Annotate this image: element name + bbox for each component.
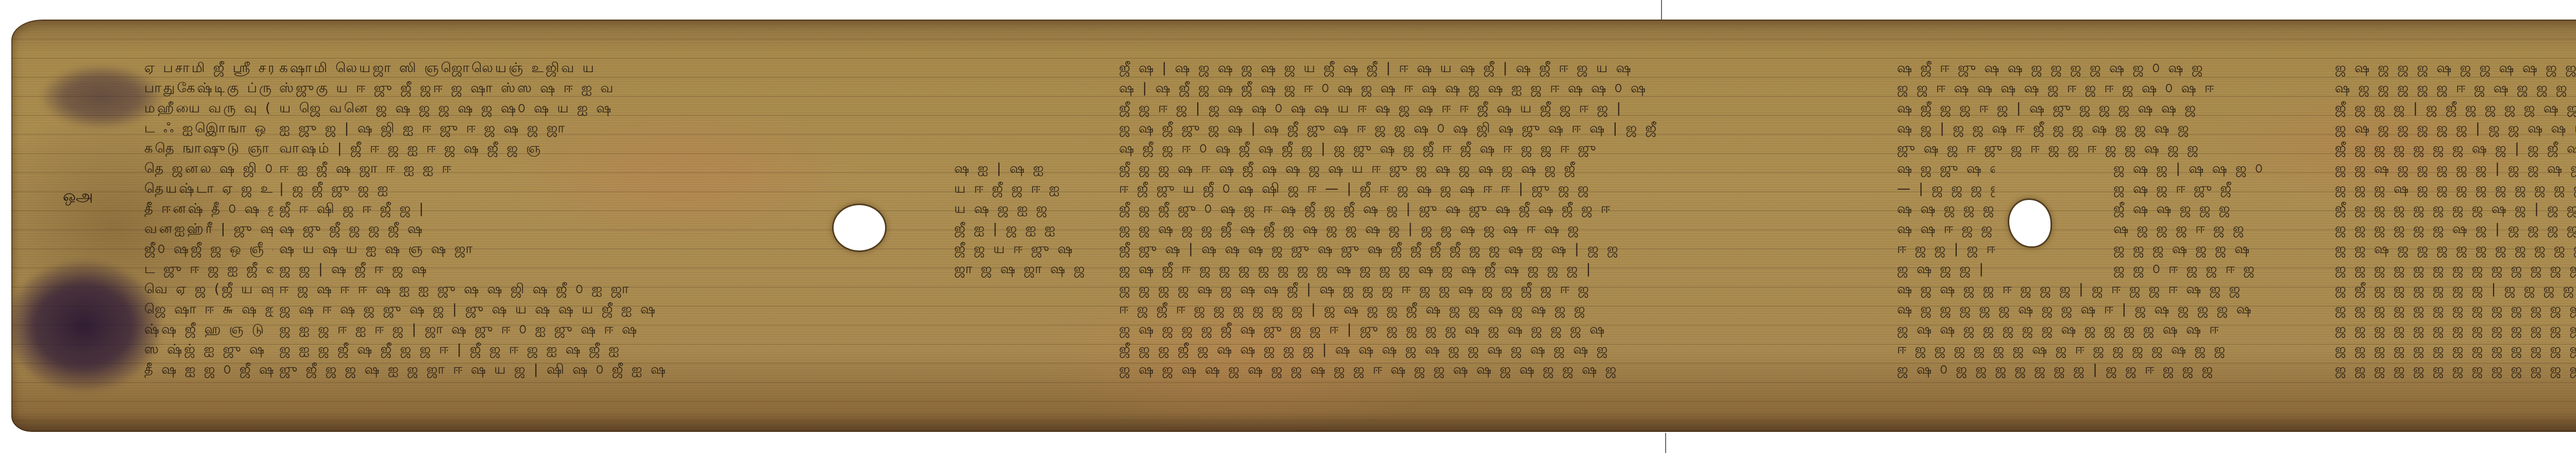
manuscript-line: ஜா ஜ ஷ ஜா ஷ ஜ [954,259,1114,279]
manuscript-line: ஜ ஜ ஜ ஜ ஜ ஜ ஜ ஜ ஜ ஜ ஜ ஜ ஜ ஜ ஜ ஜ ஜ ஜ ஜ ஜ … [2335,320,2576,340]
ink-smudge-upper [42,66,161,128]
manuscript-line: ஏ பசாமி ஜீ ஸ்ரீ சரவண ஞானகை தி ஸ | ஸ்ரீ [144,58,273,78]
manuscript-line: ஜ ஜ ஷ ஜ ஜ ஜ ஜ ஜ | ஜ ஜ ஷ ஜ ஜ ஜ ஜ ஜ ஜ ஜ ஜ … [2335,159,2576,179]
manuscript-line: ஜ ஷ ஜ ஜ ஜ ஜீ ஷ ஜு ஜ ஜ ஈ | ஜு ஜ ஜ ஜ ஜ ஷ ஜ… [1119,320,1892,340]
text-block-hole1-right-column: ஷ ஐ | ஷ ஐ ய ஈ ஜீ ஜ ஈ ஐ ய ஷ ஜ ஐ ஜ ஜீ ஐ | … [954,159,1114,279]
manuscript-line: ஷ ஜ ஜ ஜ ஈ ஜ ஜ [2113,219,2330,239]
manuscript-line: ஐ ஜு ஜ | ஷ ஜி ஐ ஈ ஜு ஈ ஜ ஷ ஜ ஜா [279,119,1114,139]
manuscript-line: ஜீ ஜ ஜ ஷ ஈ ஷ ஜீ ஷ ஷ ஜ ஷ ய ஈ ஜு ஜ ஷ ஜ ஷ ஜ… [1119,159,1892,179]
palm-leaf: ஒஅ ஏ பசாமி ஜீ ஸ்ரீ சரவண ஞானகை தி ஸ | ஸ்ர… [11,20,2576,432]
manuscript-line: வாஷம் | ஜீ ஈ ஜ ஐ ஈ ஜ ஷ ஜீ ஜ ஞ [279,139,1114,159]
manuscript-line: ட ஜு ஈ ஜ ஐ ஜீ வு ய ஷு வ [144,259,273,279]
manuscript-line: ஜ ஜ ஷ ஜ ஜ ஜீ ஷ ஜீ ஜ ஷ ஜ ஜ ஷ ஜ | ஜ ஜ ஷ ஜ … [1119,219,1892,239]
manuscript-line: ஜ ஷ ஷ ஜ ஜ ஜ ஜ ஜ ஷ ஜ ஜ ஜ ஜ ஷ ஷ ஈ [1897,320,2330,340]
manuscript-line: தெ ஜனல ஷ ஜி ௦ வ ஐ கூ தீ வ ஈ ஐ [144,159,273,179]
scanner-line-bottom [1665,433,1666,453]
text-block-hole2-top: ஷ ஜீ ஈ ஜு ஷ ஷ ஜ ஜ ஜ ஜ ஷ ஜ ௦ ஷ ஜ ஜ ஜ ஈ ஷ … [1897,58,2330,159]
manuscript-line: ஜு ஷ ஜ ஈ ஜு ஜ ஈ ஜ ஜ ஈ ஜ ஜ ஷ ஜ ஜ [1897,139,2330,159]
manuscript-line: ஜ ஜ | ஷ ஜீ ஈ ஜ ஷ [279,259,707,279]
manuscript-line: ஷ ஜ ஷ ஜ ஜ ஈ ஜ ஜ ஜ | ஜ ஈ ஜ ஜ ஈ ஷ ஜ ஜ [1897,279,2330,299]
manuscript-line: ஜீ ஜ ஜ ஜீ ஜ ஷ ஷ ஜ ஜ ஜ | ஷ ஷ ஷ ஜ ஷ ஜ ஜ ஷ … [1119,340,1892,360]
manuscript-line: கஷாமி லெயஜா ஸி ஞஜொலெயஞ் உஜிவ ய [279,58,1114,78]
manuscript-line: ஈ ஜ ஜ ஜ ஜ ஜ ஜ ஷ ஜ ஈ ஜ ஜ ஜ ஜ ஷ ஜ ஜ [1897,340,2330,360]
manuscript-line: ஜ ஷ ஜ ஜ ஜ ஜ ஜ | ஜ ஜ ஷ ஷ ஈ ஜீ ஜ ஷ ஜ ஜ ஜ ஜ… [2335,119,2576,139]
manuscript-line: ஜீ ஜு ஷ | ஷ ஷ ஷ ஜ ஜு ஷ ஜு ஷ ஜீ ஜீ ஜீ ஜீ … [1119,239,1892,259]
manuscript-line: ஈ ஜ ஜீ ஈ ஜ ஜ ஜ ஜ ஜ ஜ | ஜ ஷ ஜ ஜ ஜீ ஷ ஜ ஜ … [1119,299,1892,320]
manuscript-line: | ஜ ஜீ ஜு ஜ ஐ [279,179,707,199]
manuscript-line: தீ ஈனஷ் தீ ௦ ஷ ஐ த ௦ ஐ ஈ கூ ஸஈ [144,199,273,219]
manuscript-line: ஷ ஜு ஜீ ஜ ஜ ஜீ ஷ [279,219,707,239]
text-block-hole2-left-column: ஷ ஜ ஜு ஷ ஷ | ஜ ஜீ — | ஜ ஜ ஜ ஜ ஷ ஷ ஜ ஜ ஜ … [1897,159,1995,279]
text-block-hole1-top: கஷாமி லெயஜா ஸி ஞஜொலெயஞ் உஜிவ ய ஸ்ஜுகு ய … [279,58,1114,159]
manuscript-line: ஷ ஐ | ஷ ஐ [954,159,1114,179]
manuscript-line: ஜ ஐ ஜ ஜீ ஷ ஜீ ஜ ஜ ஈ | ஜீ ஜ ஈ ஜ ஐ ஷ ஜீ ஐ [279,340,1114,360]
manuscript-line: ய ஜெ வனெ ஜ ஷ ஜ ஜ ஷ ஜ ஷ௦ ஷ ய ஐ ஷ [279,98,1114,119]
manuscript-line: ஜ ஜ ஜ ஜ ஜ ஜ ஜ ஜ ஜ ஜ ஜ ஜ ஜ ஜ ஜ ஜ ஜ ஜ ஜ ஜ … [2335,299,2576,320]
text-block-hole2-right-column: ஜ ஷ ஜ | ஷ ஷ ஜ ௦ ஜ ஷ ஜ ஈ ஜு ஜீ ஜீ ஷ ஷ ஜ ஜ… [2113,159,2330,279]
manuscript-line: ஜ ஜ ஜ ஷ ஜ ஜ ஜ ஜ ஜ ஜ ஜ ஜ ஜ ஜ ஜ ஷ ஜ ஜ ஜ ஜ … [2335,179,2576,199]
text-block-right: ஜ ஷ ஜ ஜ ஜ ஷ ஜ ஜ ஷ ஷ ஜ ஜ ஜ ஜீ ஜ ஜ ஜ ஷ ஜ ஜ… [2335,58,2576,380]
string-hole-right [2009,200,2050,246]
manuscript-line: ஜ ஜ ஜ ஷ ஜ ஜ ஷ [2113,239,2330,259]
text-block-hole1-bottom: ஈ ஜ ஷ ஈ ஈ ஷ ஐ ஐ ஜு ஷ ஷ ஜி ஷ ஜீ ௦ ஐ ஜா ஜ … [279,279,1114,380]
manuscript-line: ஜ ஜ ஈ ஷ ஷ ஷ ஷ ஜ ஈ ஜ ஈ ஜ ஷ ௦ ஷ ஈ [1897,78,2330,98]
manuscript-line: ஜ ஷ ஜீ ஈ ஜ ஜ ஜ ஜ ஜ ஜ ஜ ஷ ஜ ஜ ஜ ஷ ஜ ஷ ஜீ … [1119,259,1892,279]
manuscript-line: வெ ஏ ஜ (ஜீ ய ஷ ஐ க ஈ வ [144,279,273,299]
text-block-center: ஜீ ஷ | ஷ ஜ ஷ ஜ ஷ ஜ ய ஜீ ஷ ஜீ | ஈ ஷ ய ஷ ஜ… [1119,58,1892,380]
manuscript-line: ஷ ஜீ ஜ ஈ ௦ ஷ ஜீ ஷ ஜீ ஜ | ஜ ஜு ஷ ஜ ஜீ ஈ ஜ… [1119,139,1892,159]
manuscript-line: ஜ ஜ ஜ ஜ ஜ ஜ ஜ ஜ ஜ ஜ ஜ ஜ ஜ ஜ ஜ ஜ ஜ ஜ ஜ ஜ … [2335,340,2576,360]
manuscript-line: ஜ ஜ ஜ ஜ ஜ ஜ ஷ ஜ | ஜ ஜ ஜ ஜ ஜ ஜ ஜீ ஜ ஜ ஷ ஜ… [2335,219,2576,239]
manuscript-line: ஜீ ஐ | ஜ ஐ ஐ [954,219,1114,239]
manuscript-line: ஜீ ஈ ஷி ஜ ஈ ஜீ ஜ | [279,199,707,219]
text-block-hole2-bottom: ஷ ஜ ஷ ஜ ஜ ஈ ஜ ஜ ஜ | ஜ ஈ ஜ ஜ ஈ ஷ ஜ ஜ ஷ ஜ … [1897,279,2330,380]
manuscript-line: ஜீ ஜ ய ஈ ஜு ஷ [954,239,1114,259]
text-block-left: ஏ பசாமி ஜீ ஸ்ரீ சரவண ஞானகை தி ஸ | ஸ்ரீ ப… [144,58,273,380]
manuscript-line: ஜீ ஜ ஜ ஜ | ஜ ஜீ ஜ ஜ ஜ ஜ ஷ ஜ ஜீ ஜ ஜ ஜ ஜ ஜ… [2335,98,2576,119]
manuscript-line: ஜ ஷ ஜ ஜ ஜ ஷ ஜ ஜ ஷ ஷ ஜ ஜ ஜ ஜீ ஜ ஜ ஜ ஷ ஜ ஜ… [2335,58,2576,78]
manuscript-line: ஈ ஜீ ஜு ய ஜீ ௦ ஷ ஷி ஜ ஈ — | ஜீ ஈ ஜ ஷ ஜ ஷ… [1119,179,1892,199]
manuscript-line: ஸ்ஜுகு ய ஈ ஜு ஜீ ஜஈ ஜ ஷா ஸ்ஸ ஷ ஈ ஐ வ [279,78,1114,98]
manuscript-line: ஜ ஜீ ஜ ஜ ஜ ஜ ஜ ஜ | ஜ ஜ ஜ ஜ ஷ ஜ ஜ ஜ ஜ ஜ ஜ… [2335,279,2576,299]
manuscript-line: ஜீ ஜ ஈ ஜ | ஜ ஷ ஷ ௦ ஷ ஷ ய ஈ ஷ ஜ ஷ ஈ ஈ ஜீ … [1119,98,1892,119]
manuscript-line: கதெ ஙாஷுடு ஞா உ பாக ரு வு ய கி [144,139,273,159]
manuscript-line: ஷ ஜ | ஜ ஜ ஷ ஈ ஜீ ஜ ஜ ஷ ஜ ஜ ஷ ஜ [1897,119,2330,139]
manuscript-line: ஜீ௦ ஷஜீ ஜ ஒ ஞீ ஸய ஷ ஈ [144,239,273,259]
manuscript-line: ஈ ஜ ஷ ஈ ஈ ஷ ஐ ஐ ஜு ஷ ஷ ஜி ஷ ஜீ ௦ ஐ ஜா [279,279,1114,299]
manuscript-line: மஹீயை வரு வு (ஞ.ஈய வெளஈஷ்ய ர | ஙா [144,98,273,119]
manuscript-line: ஜ ஷ ஜ ஜ | [1897,259,1995,279]
manuscript-line: ஜ ஷ ஜ | ஷ ஷ ஜ ௦ [2113,159,2330,179]
manuscript-line: ஜ ஷ ஈ ஷ ஜ ஜு ஷ ஜ | ஜு ஷ ய ஷ ஷ ய ஜீ ஐ ஷ [279,299,1114,320]
manuscript-line: ஸ ஷ்ஜ் ஐ ஜு ஷ ஈ ஐ ஐ [144,340,273,360]
manuscript-line: தெயஷ்டா ஏ ஜ உ ஜீ பாய ஜெ க | ஈ [144,179,273,199]
manuscript-line: ஷ ய ஷ ய ஐ ஷ ஞ ஷ ஜா [279,239,707,259]
manuscript-line: ஷ ஜீ ஜ ஜ ஈ ஜ | ஷ ஜு ஜ ஜ ஜ ஷ ஷ ஜ [1897,98,2330,119]
text-block-hole1-left-column: ஈ ஐ ஜீ ஷ ஜா ஈ ஐ ஐ ஈ | ஜ ஜீ ஜு ஜ ஐ ஜீ ஈ ஷ… [279,159,707,279]
manuscript-line: ய ஷ ஜ ஐ ஜ [954,199,1114,219]
manuscript-line: ஷ ஜ ஜு ஷ ஷ | ஜ ஜீ [1897,159,1995,179]
manuscript-line: ஈ ஐ ஜீ ஷ ஜா ஈ ஐ ஐ ஈ [279,159,707,179]
manuscript-line: தீ ஷ ஐ ஜ ௦ ஜீ ஷ ஐ ஐ [144,360,273,380]
manuscript-line: ஜ ஜ ௦ ஈ ஜ ஜ ஈ ஜ [2113,259,2330,279]
manuscript-line: ஷ ஜ ஜ ஜ ஜ ஜ ஈ ஜ ஷ ஜ ஜ ஜ ஜ ஜ ஜ ஜ ஈ ஜ ஜ ஜ … [2335,78,2576,98]
manuscript-line: ய ஈ ஜீ ஜ ஈ ஐ [954,179,1114,199]
manuscript-line: ஜ ஷ ஜ ஷ ஷ ஜ ஷ ஜ ஜ ஷ ஜ ஜ ஈ ஷ ஜ ஜ ஷ ஷ ஜ ஷ … [1119,360,1892,380]
left-margin-annotation: ஒஅ [63,187,93,207]
manuscript-line: ஜ ஜ ஜ ஜ ஜ ஜ ஜ ஜ ஜ ஜ ஜ ஜ ஜ ஜ ஜ ஜ ஜ ஜ ஜ | … [2335,360,2576,380]
manuscript-line: ஷ ஷ ஜ ஜ ஜ ஜ [1897,199,1995,219]
manuscript-line: ஜீ ஷ ஷ ஜ ஜ ஜ [2113,199,2330,219]
manuscript-line: ஜீ ஷ | ஷ ஜ ஷ ஜ ஷ ஜ ய ஜீ ஷ ஜீ | ஈ ஷ ய ஷ ஜ… [1119,58,1892,78]
manuscript-line: ஜ ஷ ஜ ஈ ஜு ஜீ [2113,179,2330,199]
manuscript-line: — | ஜ ஜ ஜ ஜ [1897,179,1995,199]
manuscript-line: ஜீ ஜ ஜ ஜ ஜ ஜ ஜ ஜ ஷ ஜ | ஜ ஜ ஜ ஜ ஜ ஜ ஜ ஜ ஜ… [2335,199,2576,219]
manuscript-line: ஷ ஷ ஈ ஜ ஜ ஜ ௦ [1897,219,1995,239]
manuscript-line: வனஐஹ்ரீ | ஜு ஷ ஜாக எ ஷ ஜ ஐ [144,219,273,239]
manuscript-line: ட ஃ ஐஇொஙா ஒ ஓசொஹ்வஷ ஙா வொ [144,119,273,139]
manuscript-line: ஷ்ஷ ஜீ ஹ ஞ டு ஈ ஐ ஜா [144,320,273,340]
manuscript-line: ஜீ ஜ ஜீ ஜு ௦ ஷ ஜ ஈ ஷ ஜீ ஜ ஜீ ஷ ஜ | ஜு ஷ … [1119,199,1892,219]
manuscript-line: ஈ ஜ ஜ | ஜ ஈ ஜ [1897,239,1995,259]
scanner-line-top [1661,0,1662,20]
ink-smudge-lower [11,262,161,391]
manuscript-line: ஜ ஐ ஜ ஈ ஐ ஈ ஜ | ஜா ஷ ஜு ஈ ௦ ஐ ஜு ஷ ஈ ஷ [279,320,1114,340]
manuscript-line: பாதுகேஷ்டிகு ப்ரு பேகரி எணர் ஸ் | ஷ் [144,78,273,98]
manuscript-line: ஜெ ஷா ஈ ௬ ஷ ஐ ஜா ஷ ஞ ஐ [144,299,273,320]
manuscript-line: ஜ ஜ ஜ ஜ ஷ ஜ ஷ ஷ ஜீ | ஷ ஜ ஜ ஜ ஈ ஜ ஜ ஷ ஜ ஜ… [1119,279,1892,299]
manuscript-line: ஷ | ஷ ஜீ ஜ ஷ ஜீ ஷ ஜ ஈ ௦ ஷ ஜ ஷ ஈ ஷ ஷ ஜ ஷ … [1119,78,1892,98]
string-hole-left [834,205,885,250]
manuscript-line: ஜ ஷ ஜீ ஜு ஜ ஷ | ஷ ஜீ ஜு ஷ ஈ ஜ ஜ ஷ ௦ ஷ ஜி… [1119,119,1892,139]
manuscript-page: ஒஅ ஏ பசாமி ஜீ ஸ்ரீ சரவண ஞானகை தி ஸ | ஸ்ர… [0,0,2576,453]
manuscript-line: ஜ ஷ ௦ ஜ ஜ ஜ ஜ ஜ ஜ ஜ | ஜ ஜ ஈ ஜ ஜ ஜ [1897,360,2330,380]
manuscript-line: ஜீ ஜ ஜ ஜ ஜ ஜ ஜ ஷ ஜ | ஜ ஜீ ஷ ஜ ஜ ஜ ஷ ஜ ஜ … [2335,139,2576,159]
manuscript-line: ஷ ஜீ ஈ ஜு ஷ ஷ ஜ ஜ ஜ ஜ ஷ ஜ ௦ ஷ ஜ [1897,58,2330,78]
manuscript-line: ஜ ஜ ஜ ஜ ஜ ஜ ஜ ஜ ஜ ஜ ஜ ஜ ஜ ஜ ஜ ஜ ஜ ஜ ஜ ஜ … [2335,259,2576,279]
manuscript-line: ஜ ஜ ஷ ஜ ஜ ஜ ஜ ஜ ஜ ஜ ஜ ஜ ஜ | ஜ ஜ ஜ ஜ ஜ ஜ … [2335,239,2576,259]
manuscript-line: ஜு ஜீ ஜ ஜ ஷ ஐ ஜ ஜா ஈ ஷ ய ஜ | ஷி ஷ ௦ ஜீ ஐ… [279,360,1114,380]
manuscript-line: ஷ ஜ ஜ ஜ ஜ ஜ ஷ ஜ ஜ ஷ ஈ | ஜ ஷ ஜ ஜ ஜ ஷ [1897,299,2330,320]
